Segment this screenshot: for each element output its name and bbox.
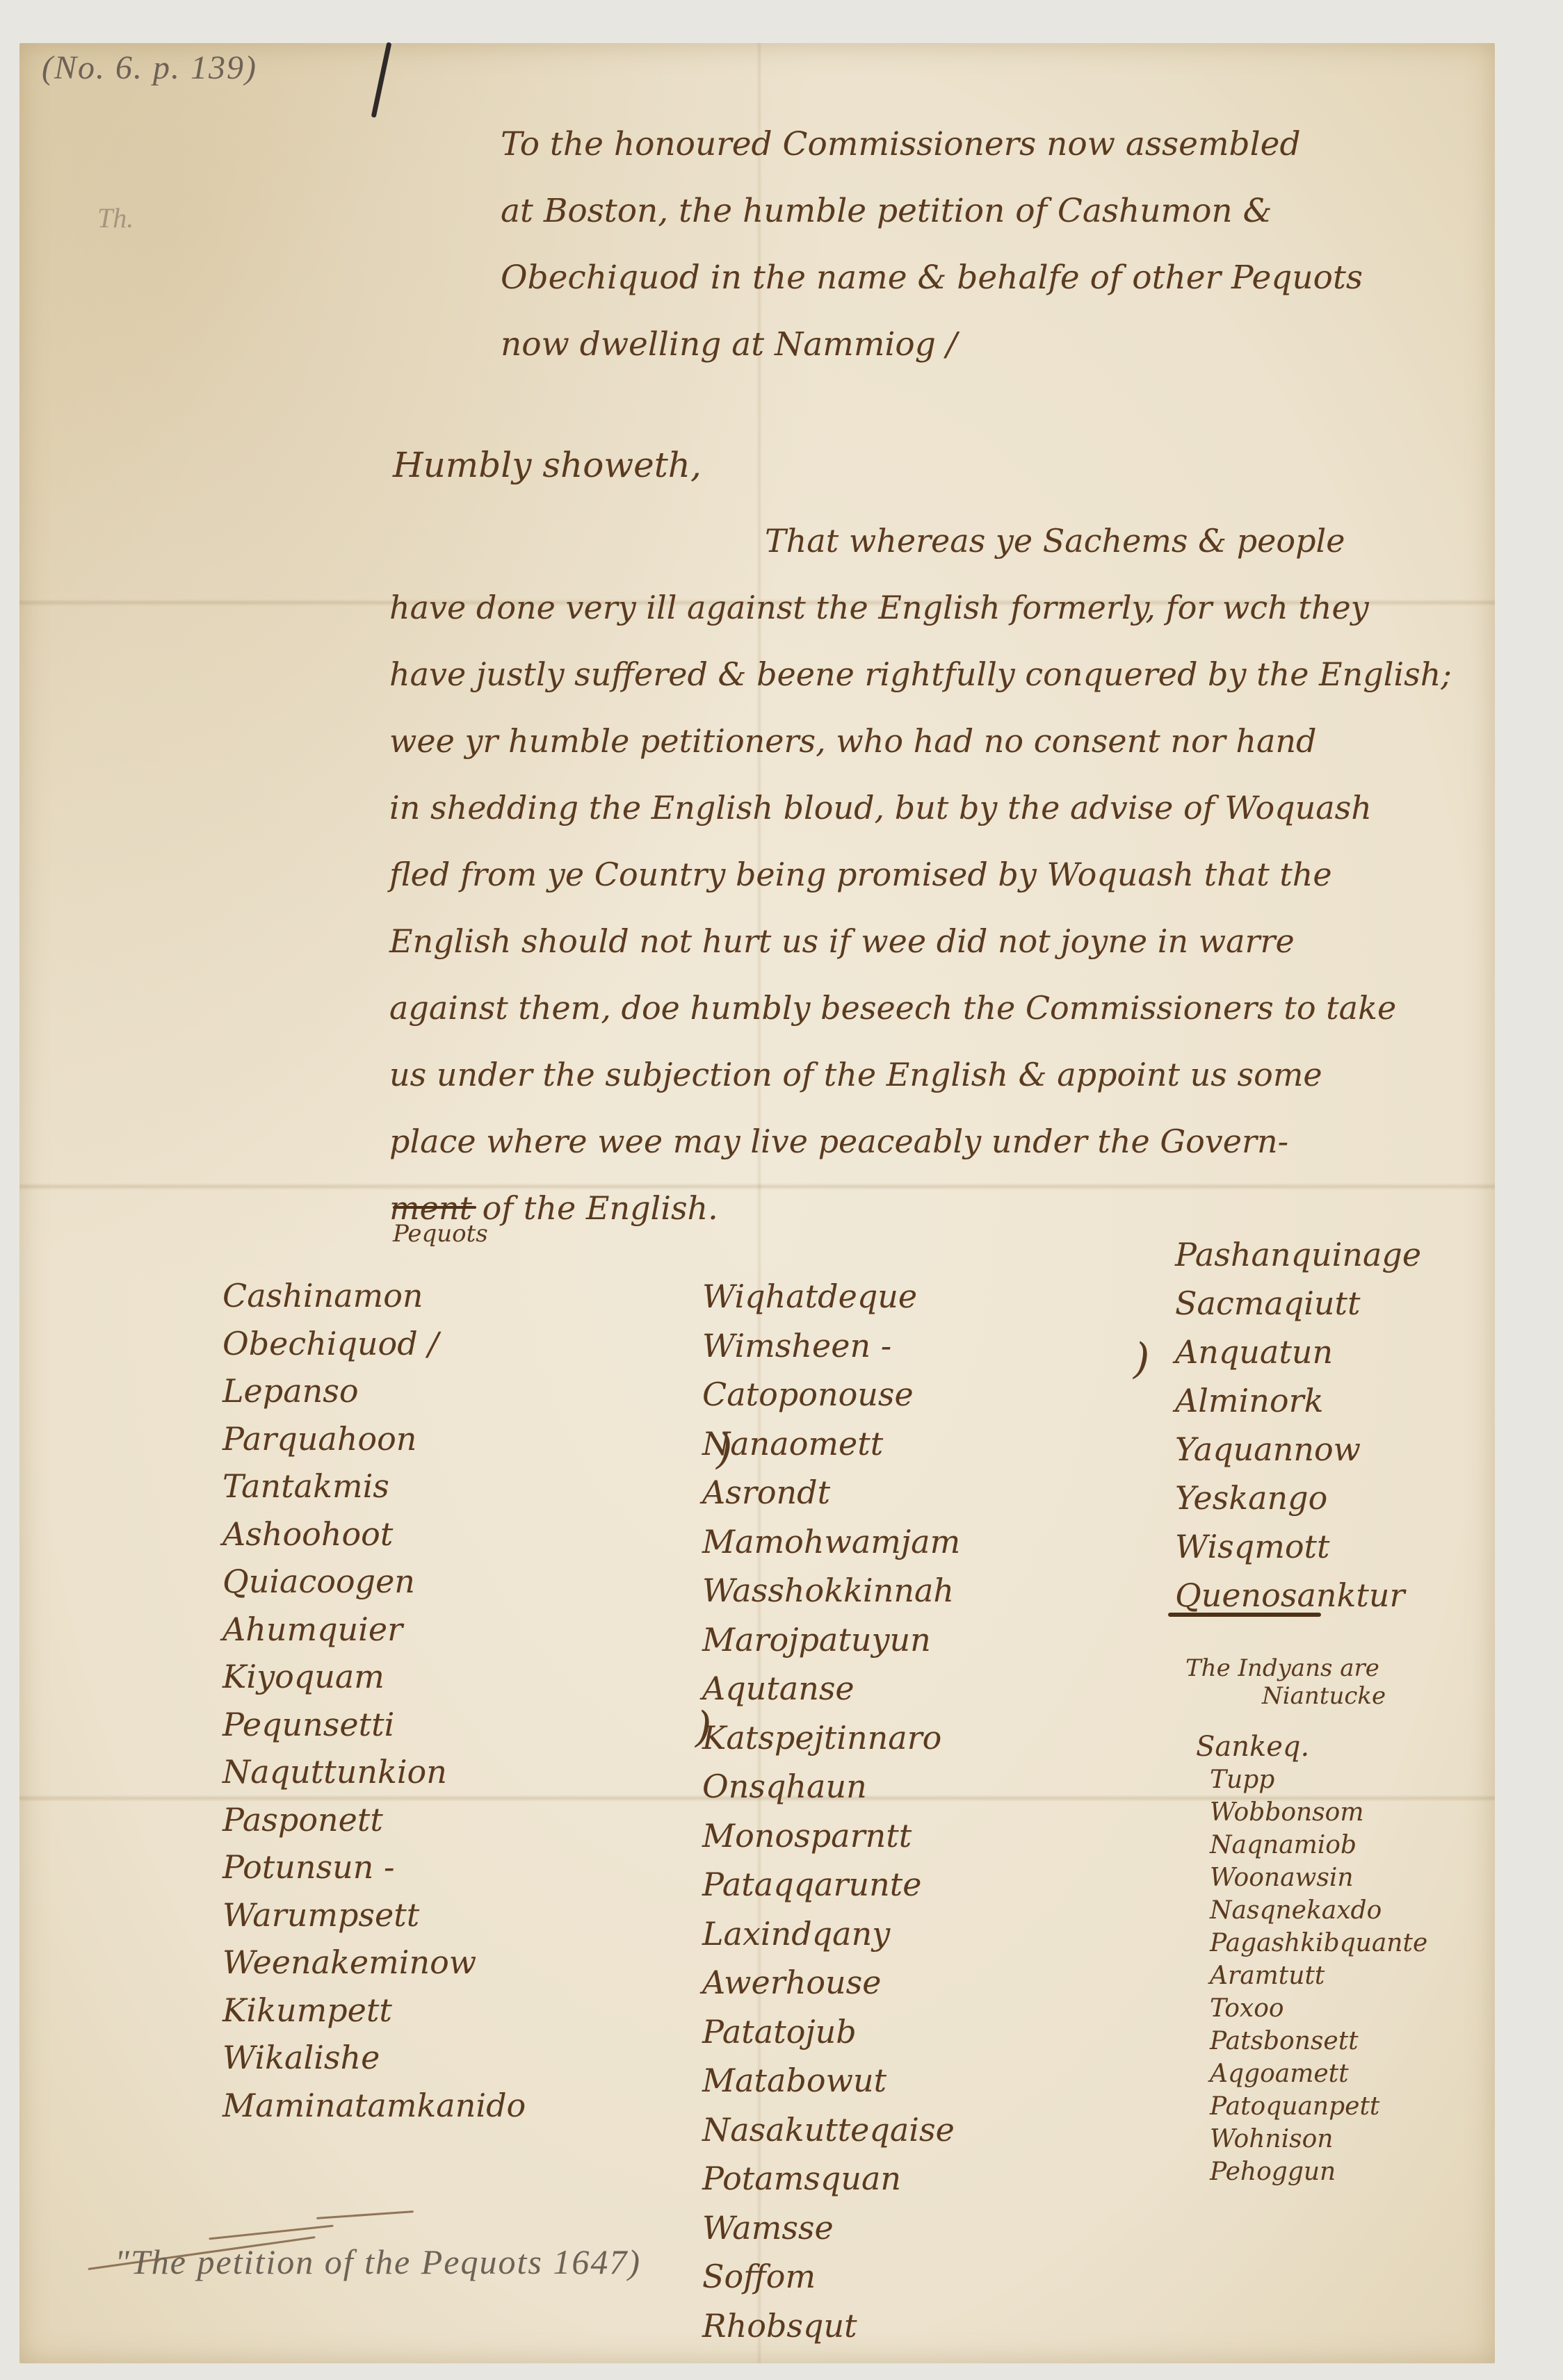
signatory-name: Tantakmis <box>222 1462 526 1510</box>
signatory-name: Patatojub <box>702 2007 960 2057</box>
underline-rule <box>393 1206 476 1209</box>
signatory-name: Pataqqarunte <box>702 1860 960 1909</box>
signatures-left-column: Cashinamon Obechiquod / Lepanso Parquaho… <box>222 1272 526 2129</box>
pequots-label: Pequots <box>393 1220 488 1248</box>
signatory-name: Catoponouse <box>702 1370 960 1419</box>
signatory-name: Wikalishe <box>222 2034 526 2082</box>
signatory-name: Wiqhatdeque <box>702 1272 960 1321</box>
signatory-name: Wimsheen - <box>702 1321 960 1371</box>
margin-note: Th. <box>97 202 133 234</box>
signatory-name: Asrondt <box>702 1468 960 1517</box>
signatory-name: Sankeq. <box>1196 1731 1427 1763</box>
signatory-name: Pashanquinage <box>1175 1230 1421 1279</box>
signatory-name: Pasponett <box>222 1796 526 1844</box>
signatory-name: Katspejtinnaro <box>702 1713 960 1763</box>
signatory-name: Wohnison <box>1210 2123 1427 2155</box>
body-line: against them, doe humbly beseech the Com… <box>389 975 1474 1041</box>
signatory-name: Obechiquod / <box>222 1320 526 1368</box>
signatory-name: Patsbonsett <box>1210 2025 1427 2057</box>
body-line: wee yr humble petitioners, who had no co… <box>389 708 1474 774</box>
signatory-name: Patoquanpett <box>1210 2090 1427 2123</box>
niantic-heading: The Indyans are Niantucke <box>1185 1654 1386 1710</box>
signatory-name: Monosparntt <box>702 1811 960 1861</box>
body-line: have justly suffered & beene rightfully … <box>389 641 1474 708</box>
address-line: now dwelling at Nammiog / <box>501 311 1460 378</box>
address-line: at Boston, the humble petition of Cashum… <box>501 178 1460 245</box>
body-line: place where wee may live peaceably under… <box>389 1108 1474 1175</box>
archive-reference: (No. 6. p. 139) <box>42 49 257 87</box>
signatory-name: Tupp <box>1210 1763 1427 1796</box>
bracket-mark: ) <box>1133 1335 1149 1383</box>
signatory-name: Aramtutt <box>1210 1959 1427 1992</box>
petition-body: That whereas ye Sachems & people have do… <box>389 507 1474 1241</box>
signatory-name: Aqgoamett <box>1210 2057 1427 2090</box>
signatory-name: Pehoggun <box>1210 2155 1427 2188</box>
signatory-name: Onsqhaun <box>702 1762 960 1811</box>
signatory-name: Aqutanse <box>702 1664 960 1713</box>
signatory-name: Cashinamon <box>222 1272 526 1320</box>
signatory-name: Naqnamiob <box>1210 1829 1427 1861</box>
signatory-name: Wamsse <box>702 2203 960 2253</box>
signatory-name: Yaquannow <box>1175 1425 1421 1474</box>
signatory-name: Warumpsett <box>222 1891 526 1939</box>
signatory-name: Awerhouse <box>702 1958 960 2007</box>
signatory-name: Woonawsin <box>1210 1861 1427 1894</box>
signatory-name: Nasqnekaxdo <box>1210 1894 1427 1927</box>
signatory-name: Weenakeminow <box>222 1939 526 1987</box>
signatory-name: Nasakutteqaise <box>702 2105 960 2155</box>
signatory-name: Ashoohoot <box>222 1510 526 1558</box>
salutation: Humbly showeth, <box>393 445 702 485</box>
body-line: That whereas ye Sachems & people <box>389 507 1474 574</box>
bracket-mark: ) <box>716 1425 732 1474</box>
signatory-name: Matabowut <box>702 2056 960 2105</box>
signatory-name: Wasshokkinnah <box>702 1566 960 1615</box>
signatory-name: Alminork <box>1175 1376 1421 1425</box>
signatory-name: Marojpatuyun <box>702 1615 960 1665</box>
signatory-name: Kiyoquam <box>222 1653 526 1701</box>
signatory-name: Anquatun <box>1175 1328 1421 1376</box>
body-line: English should not hurt us if wee did no… <box>389 908 1474 975</box>
signatory-name: Wobbonsom <box>1210 1796 1427 1829</box>
signatory-name: Sacmaqiutt <box>1175 1279 1421 1328</box>
niantic-heading-line: Niantucke <box>1185 1682 1386 1710</box>
signatory-name: Soffom <box>702 2252 960 2301</box>
signatory-name: Toxoo <box>1210 1992 1427 2025</box>
petition-address: To the honoured Commissioners now assemb… <box>501 111 1460 378</box>
signatory-name: Parquahoon <box>222 1415 526 1463</box>
signatory-name: Maminatamkanido <box>222 2082 526 2130</box>
signatory-name: Laxindqany <box>702 1909 960 1959</box>
niantic-heading-line: The Indyans are <box>1185 1654 1379 1682</box>
bracket-mark: ) <box>695 1703 711 1752</box>
underline-rule <box>1168 1613 1321 1617</box>
body-line: fled from ye Country being promised by W… <box>389 841 1474 908</box>
signatures-middle-column: Wiqhatdeque Wimsheen - Catoponouse Nanao… <box>702 1272 960 2350</box>
body-line: have done very ill against the English f… <box>389 574 1474 641</box>
signatory-name: Yeskango <box>1175 1474 1421 1522</box>
signatory-name: Wisqmott <box>1175 1522 1421 1571</box>
signatory-name: Kikumpett <box>222 1987 526 2035</box>
body-line: in shedding the English bloud, but by th… <box>389 774 1474 841</box>
body-line: us under the subjection of the English &… <box>389 1041 1474 1108</box>
signatory-name: Pequnsetti <box>222 1701 526 1749</box>
address-line: Obechiquod in the name & behalfe of othe… <box>501 245 1460 311</box>
docket-note: "The petition of the Pequots 1647) <box>115 2242 641 2282</box>
signatory-name: Mamohwamjam <box>702 1517 960 1567</box>
signatory-name: Potamsquan <box>702 2154 960 2203</box>
signatory-name: Rhobsqut <box>702 2301 960 2351</box>
signatory-name: Naquttunkion <box>222 1748 526 1796</box>
address-line: To the honoured Commissioners now assemb… <box>501 111 1460 178</box>
signatory-name: Ahumquier <box>222 1606 526 1654</box>
signatory-name: Potunsun - <box>222 1843 526 1891</box>
signatory-name: Nanaomett <box>702 1419 960 1469</box>
signatures-right-column: Pashanquinage Sacmaqiutt Anquatun Almino… <box>1175 1230 1421 1620</box>
signatory-name: Pagashkibquante <box>1210 1927 1427 1959</box>
signatory-name: Lepanso <box>222 1367 526 1415</box>
signatory-name: Quiacoogen <box>222 1558 526 1606</box>
signatures-niantic-column: Sankeq. Tupp Wobbonsom Naqnamiob Woonaws… <box>1210 1731 1427 2188</box>
